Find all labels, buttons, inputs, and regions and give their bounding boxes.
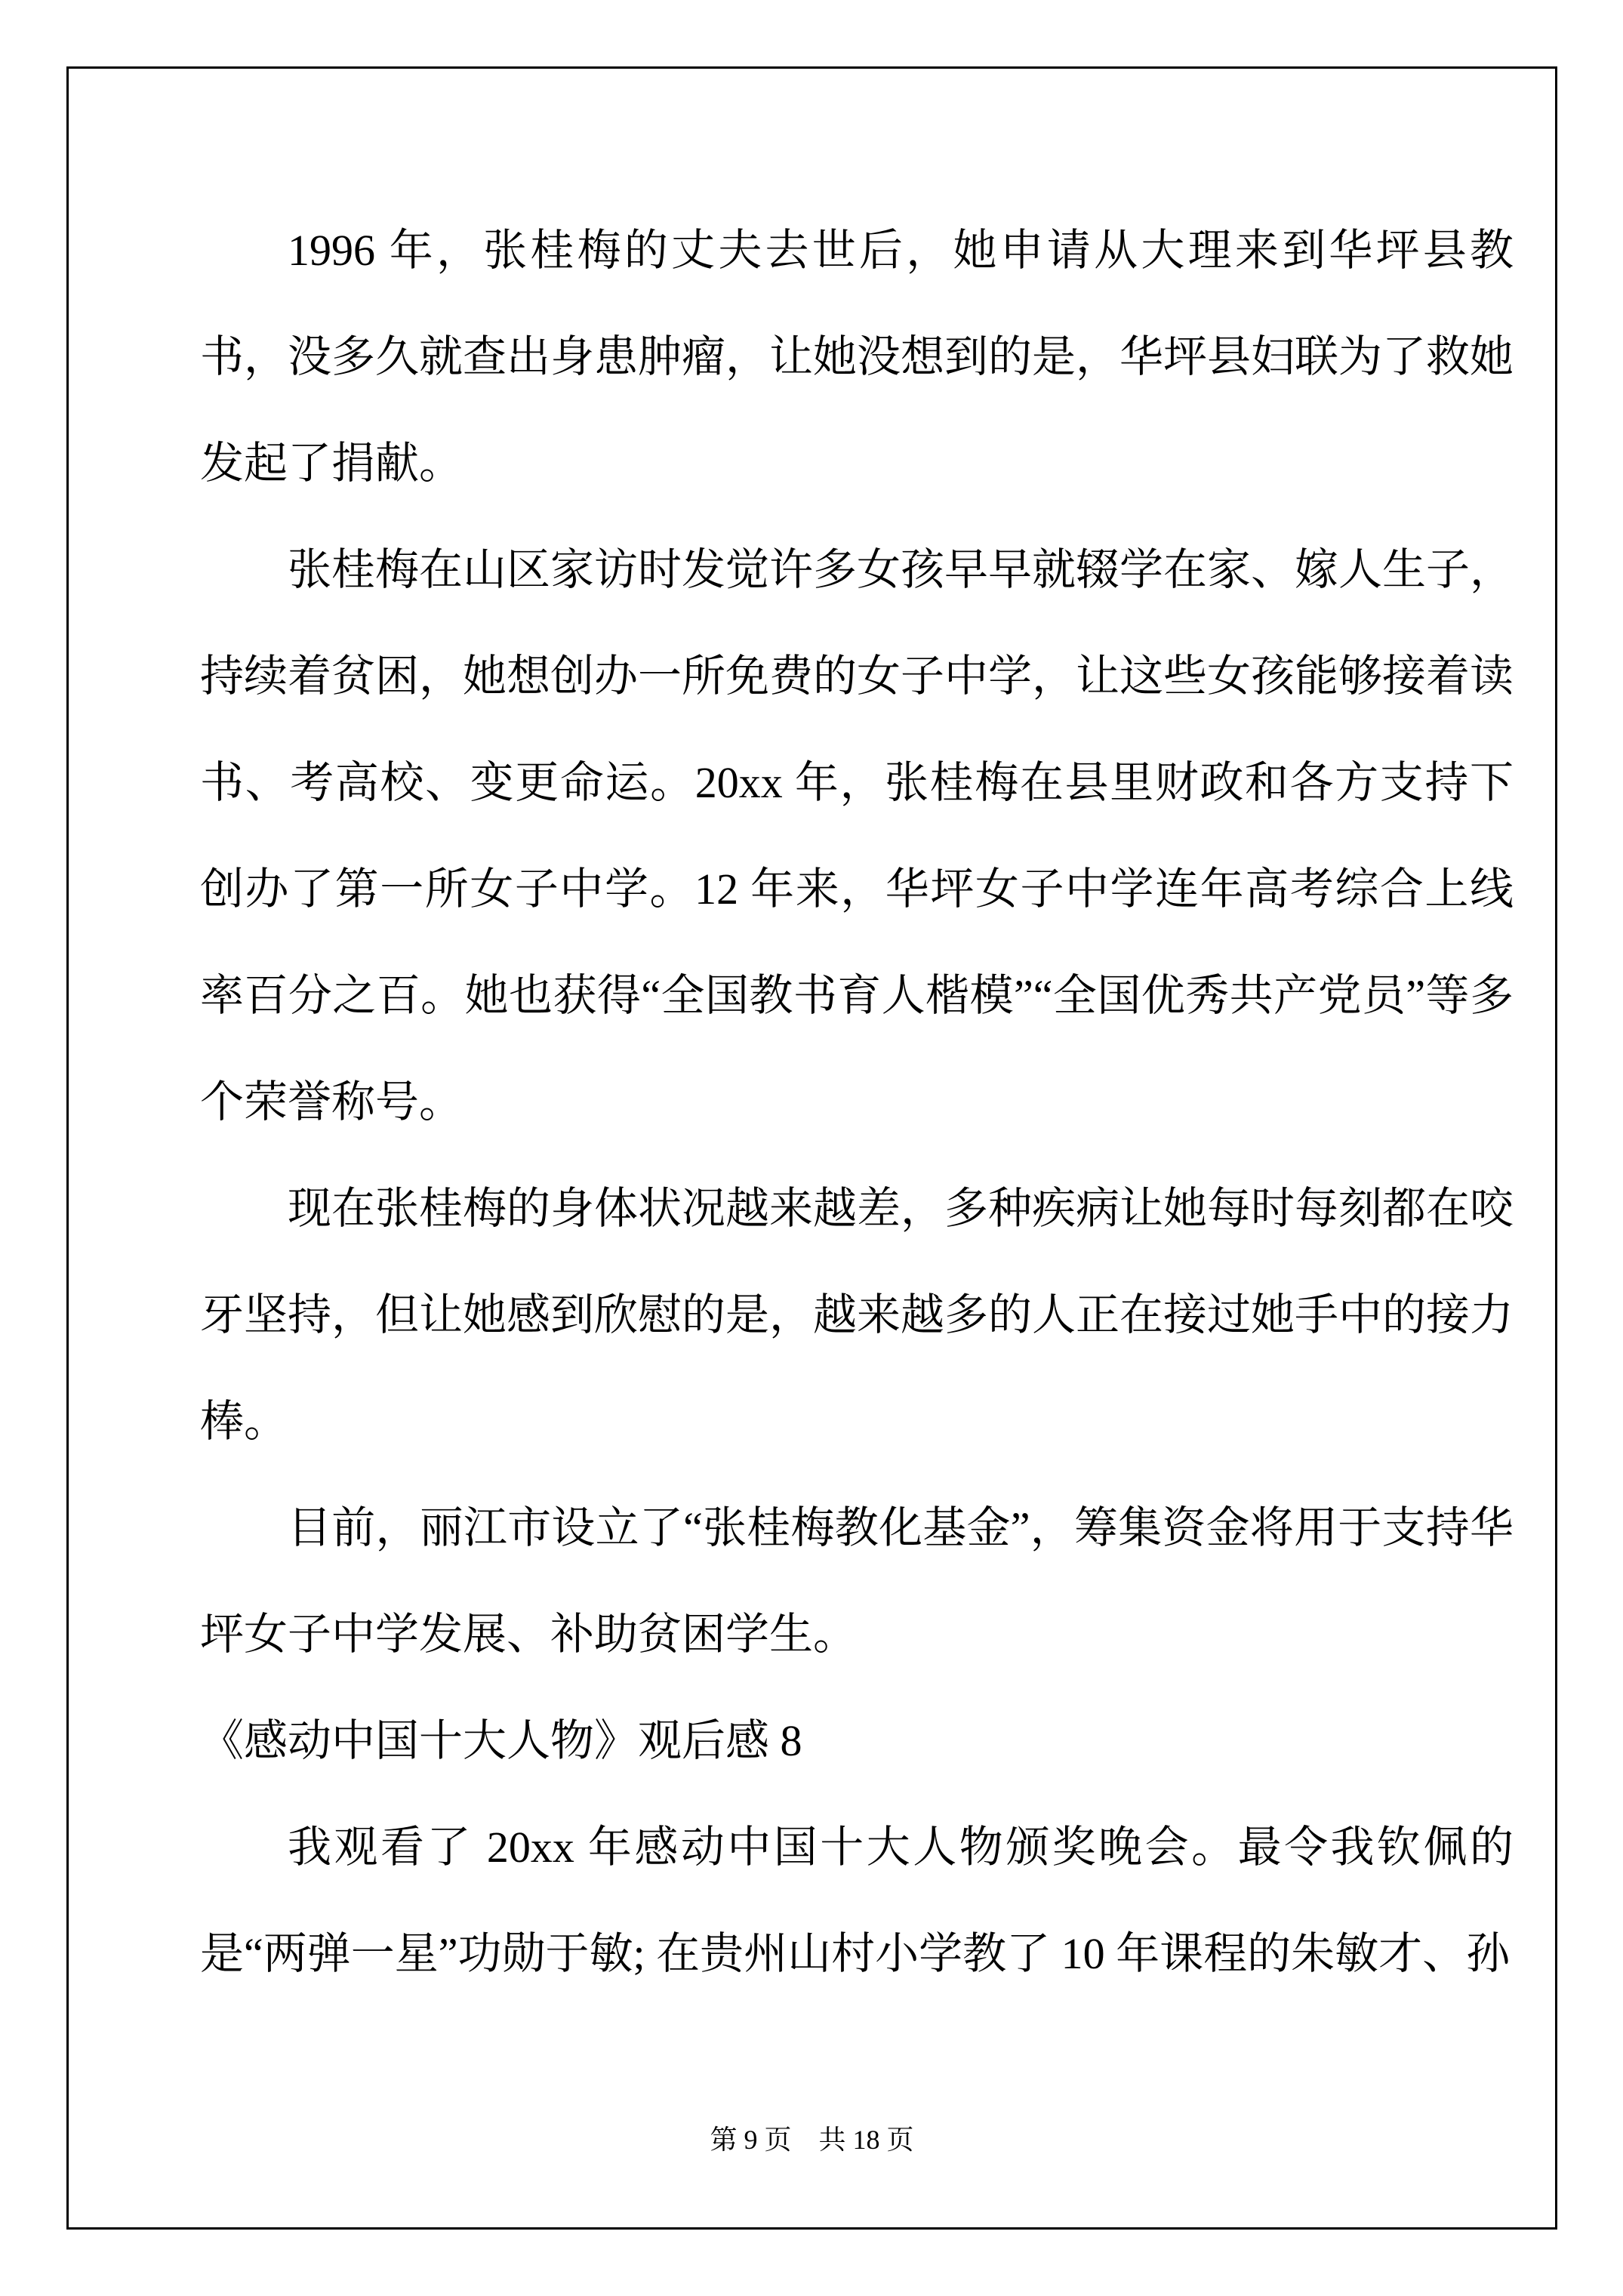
paragraph: 现在张桂梅的身体状况越来越差，多种疾病让她每时每刻都在咬牙坚持，但让她感到欣慰的…	[200, 1155, 1514, 1475]
page-footer: 第 9 页 共 18 页	[66, 2123, 1557, 2156]
document-body: 1996 年，张桂梅的丈夫去世后，她申请从大理来到华坪县教书，没多久就查出身患肿…	[200, 197, 1514, 2007]
paragraph: 目前，丽江市设立了“张桂梅教化基金”，筹集资金将用于支持华坪女子中学发展、补助贫…	[200, 1475, 1514, 1687]
paragraph: 我观看了 20xx 年感动中国十大人物颁奖晚会。最令我钦佩的是“两弹一星”功勋于…	[200, 1794, 1514, 2007]
section-heading: 《感动中国十大人物》观后感 8	[200, 1687, 1514, 1794]
document-page: 1996 年，张桂梅的丈夫去世后，她申请从大理来到华坪县教书，没多久就查出身患肿…	[0, 0, 1623, 2296]
paragraph: 张桂梅在山区家访时发觉许多女孩早早就辍学在家、嫁人生子，持续着贫困，她想创办一所…	[200, 516, 1514, 1155]
paragraph: 1996 年，张桂梅的丈夫去世后，她申请从大理来到华坪县教书，没多久就查出身患肿…	[200, 197, 1514, 516]
